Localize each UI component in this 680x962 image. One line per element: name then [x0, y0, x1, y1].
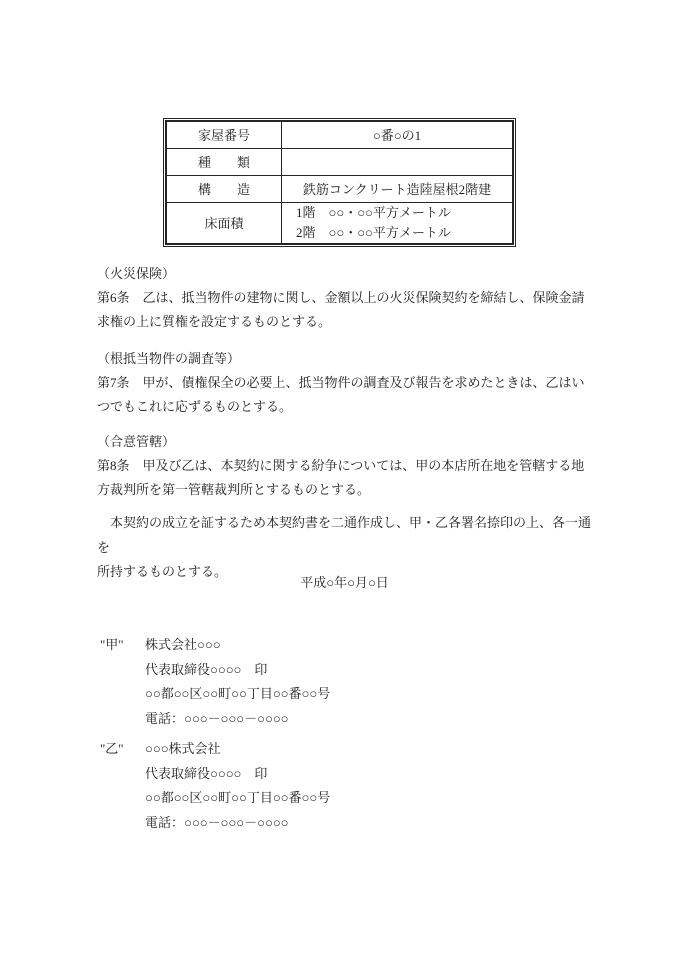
party-label-kou: "甲": [100, 633, 145, 731]
row-label-house-number: 家屋番号: [166, 121, 282, 148]
party-block-kou: "甲" 株式会社○○○ 代表取締役○○○○ 印 ○○都○○区○○町○○丁目○○番…: [100, 633, 330, 731]
row-value-house-number: ○番○の1: [282, 121, 514, 148]
table-row-floor-area: 床面積 1階 ○○・○○平方メートル 2階 ○○・○○平方メートル: [166, 202, 513, 244]
row-label-structure: 構 造: [166, 175, 282, 202]
party-address-otsu: ○○都○○区○○町○○丁目○○番○○号: [145, 786, 330, 811]
table-row-type: 種 類: [166, 148, 513, 175]
section-body-jurisdiction: 第8条 甲及び乙は、本契約に関する紛争については、甲の本店所在地を管轄する地 方…: [97, 454, 597, 502]
section-heading-property-inspection: （根抵当物件の調査等）: [97, 347, 597, 371]
date-line: 平成○年○月○日: [97, 571, 592, 595]
section-fire-insurance: （火災保険） 第6条 乙は、抵当物件の建物に関し、金額以上の火災保険契約を締結し…: [97, 262, 597, 334]
party-company-otsu: ○○○株式会社: [145, 737, 330, 762]
row-label-floor-area: 床面積: [166, 202, 282, 244]
property-table: 家屋番号 ○番○の1 種 類 構 造 鉄筋コンクリート造陸屋根2階建 床面積 1…: [163, 118, 516, 247]
row-value-floor-area: 1階 ○○・○○平方メートル 2階 ○○・○○平方メートル: [282, 202, 514, 244]
table-row-structure: 構 造 鉄筋コンクリート造陸屋根2階建: [166, 175, 513, 202]
contract-document: 家屋番号 ○番○の1 種 類 構 造 鉄筋コンクリート造陸屋根2階建 床面積 1…: [0, 0, 680, 962]
party-phone-otsu: 電話：○○○－○○○－○○○○: [145, 811, 330, 836]
section-body-fire-insurance: 第6条 乙は、抵当物件の建物に関し、金額以上の火災保険契約を締結し、保険金請 求…: [97, 286, 597, 334]
party-representative-otsu: 代表取締役○○○○ 印: [145, 762, 330, 787]
section-property-inspection: （根抵当物件の調査等） 第7条 甲が、債権保全の必要上、抵当物件の調査及び報告を…: [97, 347, 597, 419]
table-row-house-number: 家屋番号 ○番○の1: [166, 121, 513, 148]
section-heading-jurisdiction: （合意管轄）: [97, 430, 597, 454]
party-company-kou: 株式会社○○○: [145, 633, 330, 658]
party-lines-otsu: ○○○株式会社 代表取締役○○○○ 印 ○○都○○区○○町○○丁目○○番○○号 …: [145, 737, 330, 835]
row-label-type: 種 類: [166, 148, 282, 175]
party-label-otsu: "乙": [100, 737, 145, 835]
row-value-structure: 鉄筋コンクリート造陸屋根2階建: [282, 175, 514, 202]
row-value-type: [282, 148, 514, 175]
party-phone-kou: 電話：○○○－○○○－○○○○: [145, 707, 330, 732]
party-lines-kou: 株式会社○○○ 代表取締役○○○○ 印 ○○都○○区○○町○○丁目○○番○○号 …: [145, 633, 330, 731]
section-heading-fire-insurance: （火災保険）: [97, 262, 597, 286]
property-table-inner: 家屋番号 ○番○の1 種 類 構 造 鉄筋コンクリート造陸屋根2階建 床面積 1…: [165, 120, 514, 245]
party-address-kou: ○○都○○区○○町○○丁目○○番○○号: [145, 682, 330, 707]
party-block-otsu: "乙" ○○○株式会社 代表取締役○○○○ 印 ○○都○○区○○町○○丁目○○番…: [100, 737, 330, 835]
party-representative-kou: 代表取締役○○○○ 印: [145, 658, 330, 683]
section-jurisdiction: （合意管轄） 第8条 甲及び乙は、本契約に関する紛争については、甲の本店所在地を…: [97, 430, 597, 502]
section-body-property-inspection: 第7条 甲が、債権保全の必要上、抵当物件の調査及び報告を求めたときは、乙はい つ…: [97, 371, 597, 419]
